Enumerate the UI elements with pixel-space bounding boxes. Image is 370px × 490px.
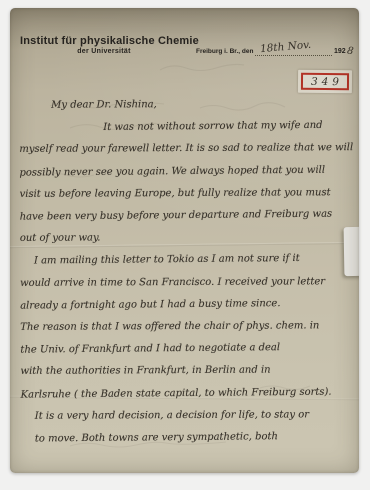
letter-line: The reason is that I was offered the cha…	[20, 315, 356, 339]
letter-line: would arrive in time to San Francisco. I…	[20, 271, 356, 295]
letter-photo: Institut für physikalische Chemie der Un…	[10, 8, 359, 473]
dateline-printed-prefix: Freiburg i. Br., den	[196, 48, 253, 56]
archive-number-label: 349	[298, 70, 352, 93]
letter-line: with the authorities in Frankfurt, in Be…	[20, 360, 356, 384]
letter-body: My dear Dr. Nishina,It was not without s…	[17, 93, 357, 450]
letter-line: I am mailing this letter to Tokio as I a…	[34, 248, 356, 273]
letter-line: to move. Both towns are very sympathetic…	[35, 425, 357, 450]
handwritten-date: 18th Nov.	[260, 39, 312, 55]
printed-year: 192	[334, 48, 346, 56]
letter-line: out of your way.	[20, 226, 356, 250]
letter-line: possibly never see you again. We always …	[19, 159, 355, 184]
letter-line: have been very busy before your departur…	[20, 203, 356, 228]
letter-line: Karlsruhe ( the Baden state capital, to …	[21, 381, 357, 406]
letter-line: My dear Dr. Nishina,	[51, 93, 355, 117]
archive-number-box: 349	[301, 73, 349, 90]
letter-line: visit us before leaving Europe, but full…	[20, 182, 356, 206]
date-rule: 18th Nov.	[255, 39, 332, 56]
letter-line: myself read your farewell letter. It is …	[19, 138, 355, 162]
letter-line: the Univ. of Frankfurt and I had to nego…	[20, 337, 356, 362]
dateline: Freiburg i. Br., den 18th Nov. 192 8	[196, 39, 353, 56]
institute-name: Institut für physikalische Chemie	[20, 35, 188, 47]
letter-line: It is a very hard decision, a decision f…	[35, 404, 357, 428]
institute-subtitle: der Universität	[20, 48, 188, 55]
letter-line: already a fortnight ago but I had a busy…	[20, 292, 356, 317]
handwritten-year-digit: 8	[346, 48, 353, 57]
letter-line: It was not without sorrow that my wife a…	[103, 115, 355, 140]
letterhead: Institut für physikalische Chemie der Un…	[20, 35, 188, 55]
archive-number: 349	[307, 75, 343, 87]
